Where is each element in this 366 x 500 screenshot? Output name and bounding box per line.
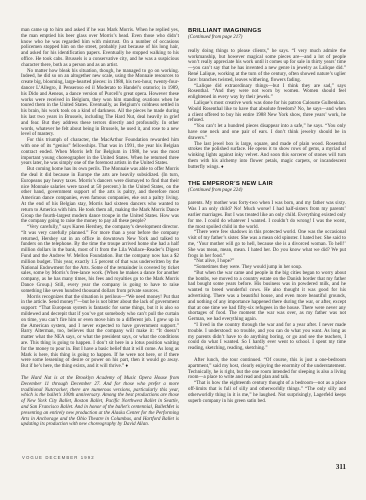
article-title: THE EMPEROR’S NEW LAIR (188, 181, 346, 188)
magazine-page: man came up to him and asked if he was M… (0, 0, 366, 500)
continued-from-line: (Continued from page 217) (188, 35, 346, 41)
paragraph: “But when the war came and people in the… (188, 271, 346, 323)
paragraph: “There were few shadows in this protecte… (188, 230, 346, 259)
paragraph: parents. My mother was forty-two when I … (188, 201, 346, 230)
paragraph: “You can’t let a hundred pieces disappea… (188, 124, 346, 141)
paragraph: No matter how bleak his situation, thoug… (21, 69, 179, 139)
article-title: BRILLIANT IMAGININGS (188, 28, 346, 35)
paragraph: man came up to him and asked if he was M… (21, 28, 179, 69)
footer-magazine-date: VOGUE DECEMBER 1992 (22, 455, 95, 460)
right-column: BRILLIANT IMAGININGS (Continued from pag… (188, 28, 346, 428)
page-number: 311 (336, 463, 346, 471)
continued-from-line: (Continued from page 224) (188, 188, 346, 194)
left-column: man came up to him and asked if he was M… (21, 28, 179, 428)
paragraph: But coming home has its own perils. The … (21, 167, 179, 225)
article-brilliant-imaginings: BRILLIANT IMAGININGS (Continued from pag… (188, 28, 346, 171)
paragraph: “I lived in the country through the war … (188, 323, 346, 352)
paragraph: “Lalique did extraordinary things—but I … (188, 84, 346, 101)
paragraph: For this triumph of character, the MacAr… (21, 138, 179, 167)
performance-note: The Hard Nut is at the Brooklyn Academy … (21, 376, 179, 428)
paragraph: “Very carefully,” says Karen Hershey, th… (21, 225, 179, 295)
text-columns: man came up to him and asked if he was M… (21, 28, 346, 428)
paragraph: Lalique’s most creative work was done fo… (188, 101, 346, 124)
paragraph: Morris recognizes that the situation is … (21, 295, 179, 370)
paragraph: really doing things to please clients,” … (188, 49, 346, 84)
paragraph: The last jewel box is large, square, and… (188, 142, 346, 171)
paragraph: “That is how the eighteenth century thou… (188, 381, 346, 404)
article-emperors-new-lair: THE EMPEROR’S NEW LAIR (Continued from p… (188, 181, 346, 405)
paragraph: After lunch, the tour continued. “Of cou… (188, 358, 346, 381)
